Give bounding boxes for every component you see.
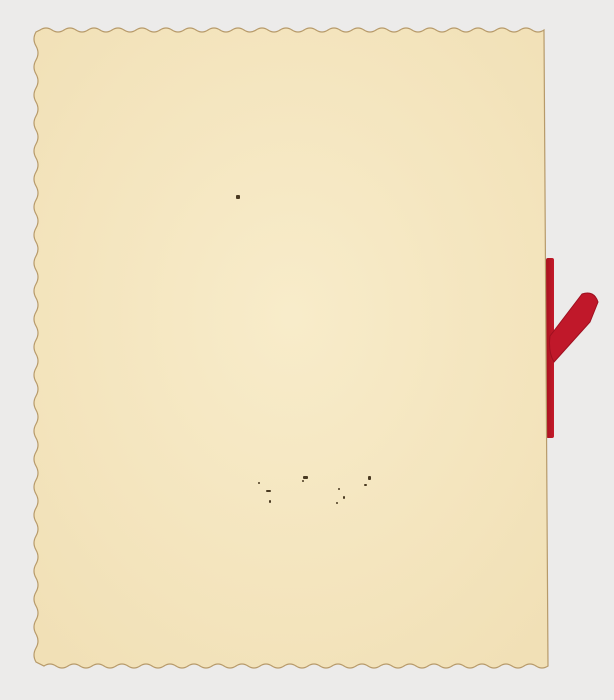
ink-speck bbox=[368, 476, 371, 480]
ink-speck bbox=[336, 502, 338, 504]
blank-card bbox=[30, 26, 554, 670]
ink-speck bbox=[364, 484, 367, 486]
ribbon-tail bbox=[548, 292, 600, 364]
ink-speck bbox=[338, 488, 340, 490]
card-shape bbox=[30, 26, 554, 670]
ink-speck bbox=[266, 490, 271, 492]
ink-speck bbox=[258, 482, 260, 484]
photo-scene bbox=[0, 0, 614, 700]
ink-speck bbox=[269, 500, 271, 503]
ink-speck bbox=[343, 496, 345, 499]
ink-speck bbox=[236, 195, 240, 199]
ink-speck bbox=[303, 476, 308, 479]
ink-speck bbox=[302, 480, 304, 482]
